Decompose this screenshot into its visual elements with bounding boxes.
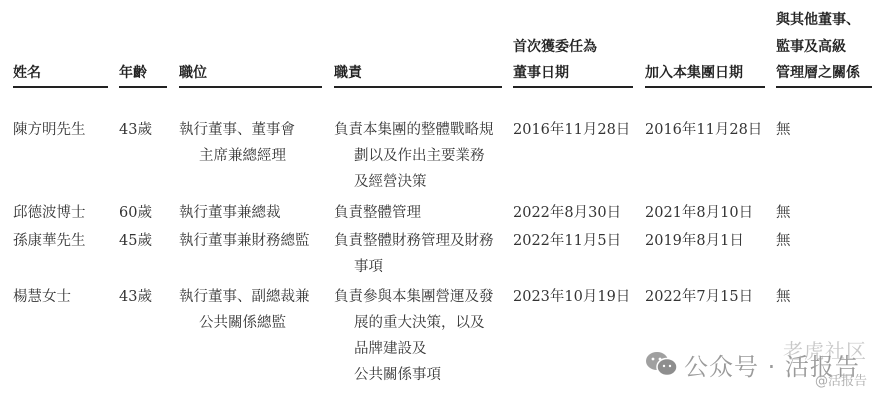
- cell-joined: 2021年8月10日: [645, 201, 753, 227]
- cell-relationship: 無: [776, 229, 791, 255]
- cell-relationship: 無: [776, 285, 791, 311]
- header-relationship-line1: 與其他董事、: [776, 7, 860, 33]
- cell-relationship: 無: [776, 201, 791, 227]
- header-underline: [119, 86, 167, 88]
- wechat-icon: [645, 350, 679, 378]
- cell-appointed: 2022年11月5日: [513, 229, 621, 255]
- header-underline: [513, 86, 633, 88]
- cell-position: 執行董事、董事會: [179, 118, 295, 144]
- cell-duties: 負責參與本集團營運及發: [334, 285, 494, 311]
- cell-relationship: 無: [776, 118, 791, 144]
- cell-age: 43歲: [119, 118, 152, 144]
- header-relationship-line3: 管理層之關係: [776, 60, 860, 86]
- header-name: 姓名: [13, 60, 41, 86]
- cell-duties: 及經營決策: [354, 170, 427, 196]
- cell-duties: 展的重大決策，以及: [354, 311, 485, 337]
- watermark-sub-text: @活报告: [815, 370, 867, 389]
- cell-name: 邱德波博士: [13, 201, 86, 227]
- cell-joined: 2019年8月1日: [645, 229, 744, 255]
- header-underline: [13, 86, 108, 88]
- header-age: 年齡: [119, 60, 147, 86]
- header-joined: 加入本集團日期: [645, 60, 743, 86]
- cell-position: 主席兼總經理: [199, 144, 286, 170]
- cell-appointed: 2016年11月28日: [513, 118, 630, 144]
- header-underline: [645, 86, 765, 88]
- header-underline: [776, 86, 872, 88]
- cell-position: 執行董事兼總裁: [179, 201, 281, 227]
- header-position: 職位: [179, 60, 207, 86]
- cell-age: 60歲: [119, 201, 152, 227]
- cell-duties: 劃以及作出主要業務: [354, 144, 485, 170]
- cell-joined: 2016年11月28日: [645, 118, 762, 144]
- header-duties: 職責: [334, 60, 362, 86]
- cell-duties: 品牌建設及: [354, 337, 427, 363]
- cell-duties: 負責本集團的整體戰略規: [334, 118, 494, 144]
- header-appointed-line1: 首次獲委任為: [513, 34, 597, 60]
- cell-name: 陳方明先生: [13, 118, 86, 144]
- cell-appointed: 2022年8月30日: [513, 201, 621, 227]
- cell-duties: 負責整體管理: [334, 201, 421, 227]
- cell-duties: 負責整體財務管理及財務: [334, 229, 494, 255]
- header-appointed-line2: 董事日期: [513, 60, 569, 86]
- cell-name: 孫康華先生: [13, 229, 86, 255]
- header-underline: [179, 86, 322, 88]
- cell-age: 45歲: [119, 229, 152, 255]
- cell-name: 楊慧女士: [13, 285, 71, 311]
- cell-joined: 2022年7月15日: [645, 285, 753, 311]
- cell-age: 43歲: [119, 285, 152, 311]
- cell-position: 執行董事、副總裁兼: [179, 285, 310, 311]
- cell-position: 公共關係總監: [199, 311, 286, 337]
- header-relationship-line2: 監事及高級: [776, 34, 846, 60]
- cell-position: 執行董事兼財務總監: [179, 229, 310, 255]
- cell-appointed: 2023年10月19日: [513, 285, 630, 311]
- cell-duties: 公共關係事項: [354, 363, 441, 389]
- cell-duties: 事項: [354, 255, 383, 281]
- header-underline: [334, 86, 502, 88]
